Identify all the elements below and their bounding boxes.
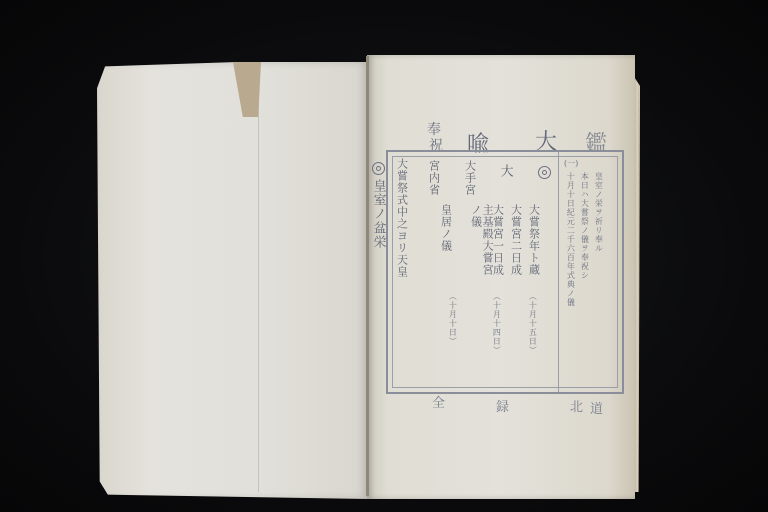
table-column-head: 宮内省 — [428, 160, 440, 200]
circle-mark-icon — [538, 166, 551, 179]
table-divider — [558, 152, 559, 392]
table-column: 大嘗祭式中之ヨリ天皇 — [396, 158, 408, 368]
note-column: 皇室ノ栄ヲ祈リ奉ル — [594, 172, 602, 382]
table-column: 皇居ノ儀 — [440, 204, 452, 284]
table-column: 大嘗宮二日成 — [510, 204, 522, 284]
table-column-head: 大手宮 — [464, 160, 476, 200]
left-page — [97, 62, 367, 499]
bottom-label-2: 録 — [496, 396, 509, 415]
note-column: 本日ハ大嘗祭ノ儀ヲ奉祝シ — [580, 172, 588, 382]
left-page-fold-line — [258, 62, 259, 492]
note-column: 十月十日紀元二千六百年式典ノ儀 — [566, 172, 574, 382]
table-annotation: （十月十五日） — [528, 292, 536, 372]
table-column: 大嘗宮一日成 — [492, 204, 504, 284]
table-column: 主基殿大嘗宮ノ儀 — [470, 204, 493, 284]
bottom-label-4: 道 — [590, 398, 603, 417]
table-column-head: 大 — [498, 164, 512, 178]
circle-mark-icon — [372, 162, 385, 175]
table-column: 大嘗祭年ト蔵 — [528, 204, 540, 284]
table-annotation: （十月十四日） — [492, 292, 500, 372]
bottom-label-3: 北 — [570, 396, 583, 415]
note-label: (一) — [564, 158, 578, 169]
text-table-frame: 大嘗祭式中之ヨリ天皇 宮内省 皇居ノ儀 大手宮 主基殿大嘗宮ノ儀 大 大嘗宮一日… — [386, 150, 624, 394]
book-spine — [366, 56, 369, 496]
margin-column: 皇室ノ盆栄 — [371, 179, 385, 379]
bottom-label-1: 全 — [432, 392, 445, 411]
table-annotation: （十月十日） — [448, 292, 456, 372]
